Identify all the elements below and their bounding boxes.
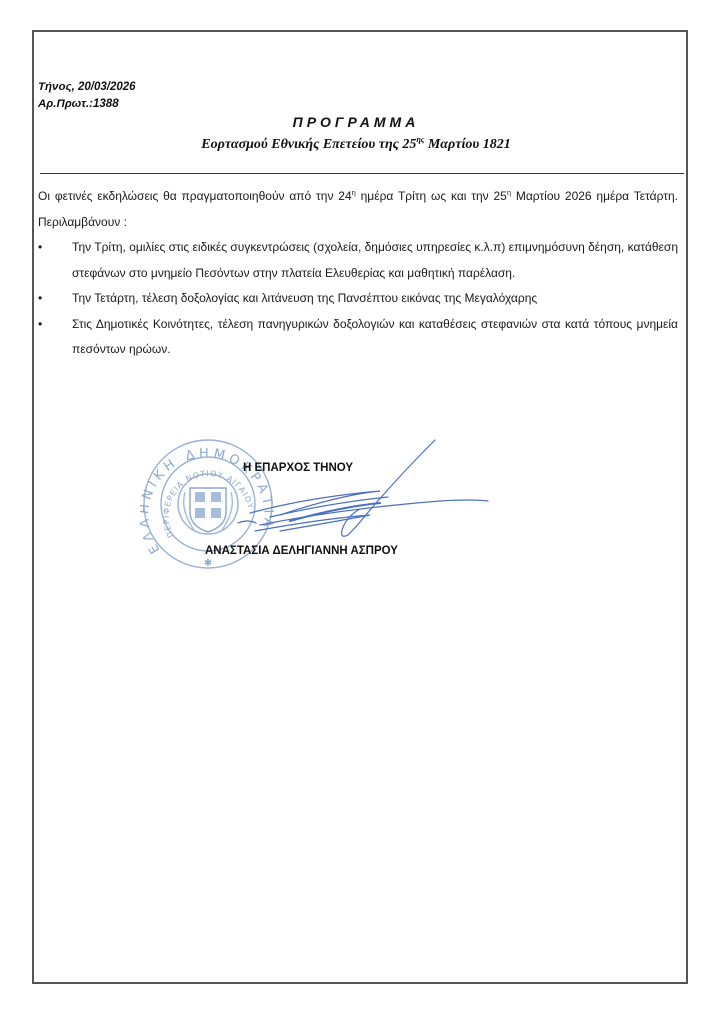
coat-of-arms-icon (184, 488, 233, 532)
svg-text:✱: ✱ (204, 558, 212, 569)
event-list: • Την Τρίτη, ομιλίες στις ειδικές συγκεν… (38, 235, 678, 363)
intro-paragraph: Οι φετινές εκδηλώσεις θα πραγματοποιηθού… (38, 180, 678, 235)
bullet-icon: • (38, 235, 48, 261)
document-subtitle: Εορτασμού Εθνικής Επετείου της 25ης Μαρτ… (0, 135, 712, 153)
signatory-name: ΑΝΑΣΤΑΣΙΑ ΔΕΛΗΓΙΑΝΝΗ ΑΣΠΡΟΥ (205, 545, 398, 557)
signature-icon (230, 435, 490, 545)
place-date: Τήνος, 20/03/2026 (38, 79, 136, 96)
subtitle-before: Εορτασμού Εθνικής Επετείου της 25 (201, 137, 416, 152)
document-body: Οι φετινές εκδηλώσεις θα πραγματοποιηθού… (38, 180, 678, 363)
intro-text-1: Οι φετινές εκδηλώσεις θα πραγματοποιηθού… (38, 189, 352, 203)
header-divider (40, 173, 684, 174)
list-item-text: Την Τετάρτη, τέλεση δοξολογίας και λιτάν… (72, 291, 537, 305)
list-item: • Στις Δημοτικές Κοινότητες, τέλεση πανη… (38, 312, 678, 363)
list-item: • Την Τετάρτη, τέλεση δοξολογίας και λιτ… (38, 286, 678, 312)
document-header: Τήνος, 20/03/2026 Αρ.Πρωτ.:1388 (38, 79, 136, 113)
bullet-icon: • (38, 286, 48, 312)
list-item: • Την Τρίτη, ομιλίες στις ειδικές συγκεν… (38, 235, 678, 286)
signatory-title: Η ΕΠΑΡΧΟΣ ΤΗΝΟΥ (243, 462, 353, 474)
bullet-icon: • (38, 312, 48, 338)
list-item-text: Στις Δημοτικές Κοινότητες, τέλεση πανηγυ… (72, 317, 678, 357)
intro-text-2: ημέρα Τρίτη ως και την 25 (356, 189, 507, 203)
list-item-text: Την Τρίτη, ομιλίες στις ειδικές συγκεντρ… (72, 240, 678, 280)
subtitle-after: Μαρτίου 1821 (424, 137, 510, 152)
document-title: ΠΡΟΓΡΑΜΜΑ (0, 114, 712, 130)
protocol-number: Αρ.Πρωτ.:1388 (38, 96, 136, 113)
